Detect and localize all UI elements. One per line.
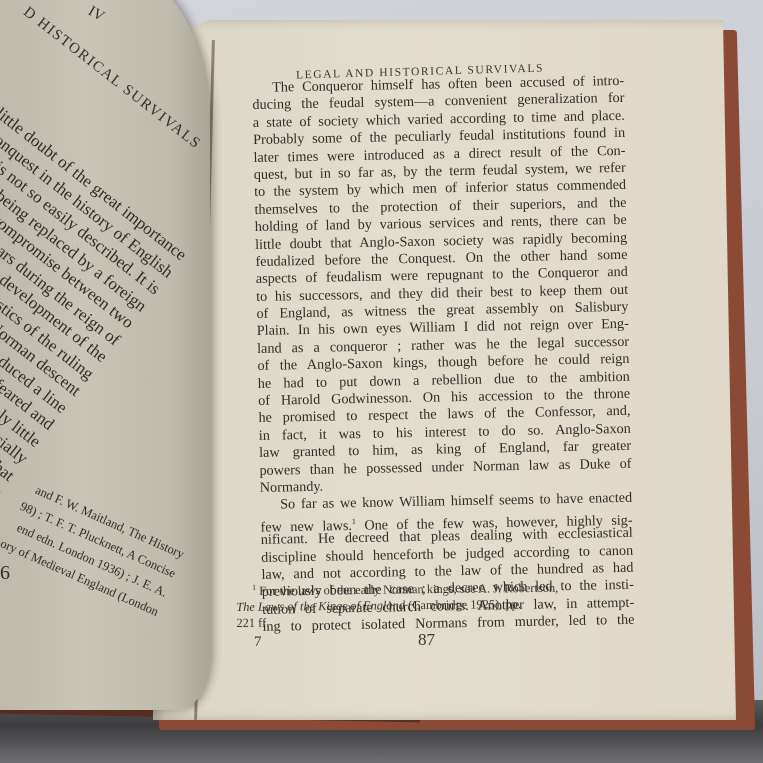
- right-page-number: 87: [418, 630, 435, 650]
- left-page-number: 6: [0, 562, 10, 585]
- right-page-body: The Conqueror himself has often been acc…: [252, 73, 635, 637]
- footnote-book-title: The Laws of the Kings of England: [236, 598, 405, 614]
- signature-mark: 7: [254, 634, 262, 651]
- footnote-text: (Cambridge 1925), pp.: [405, 597, 521, 612]
- right-page-footnote: 1 For the laws of the early Norman kings…: [236, 576, 641, 631]
- book-photo: LEGAL AND HISTORICAL SURVIVALS The Conqu…: [0, 0, 763, 763]
